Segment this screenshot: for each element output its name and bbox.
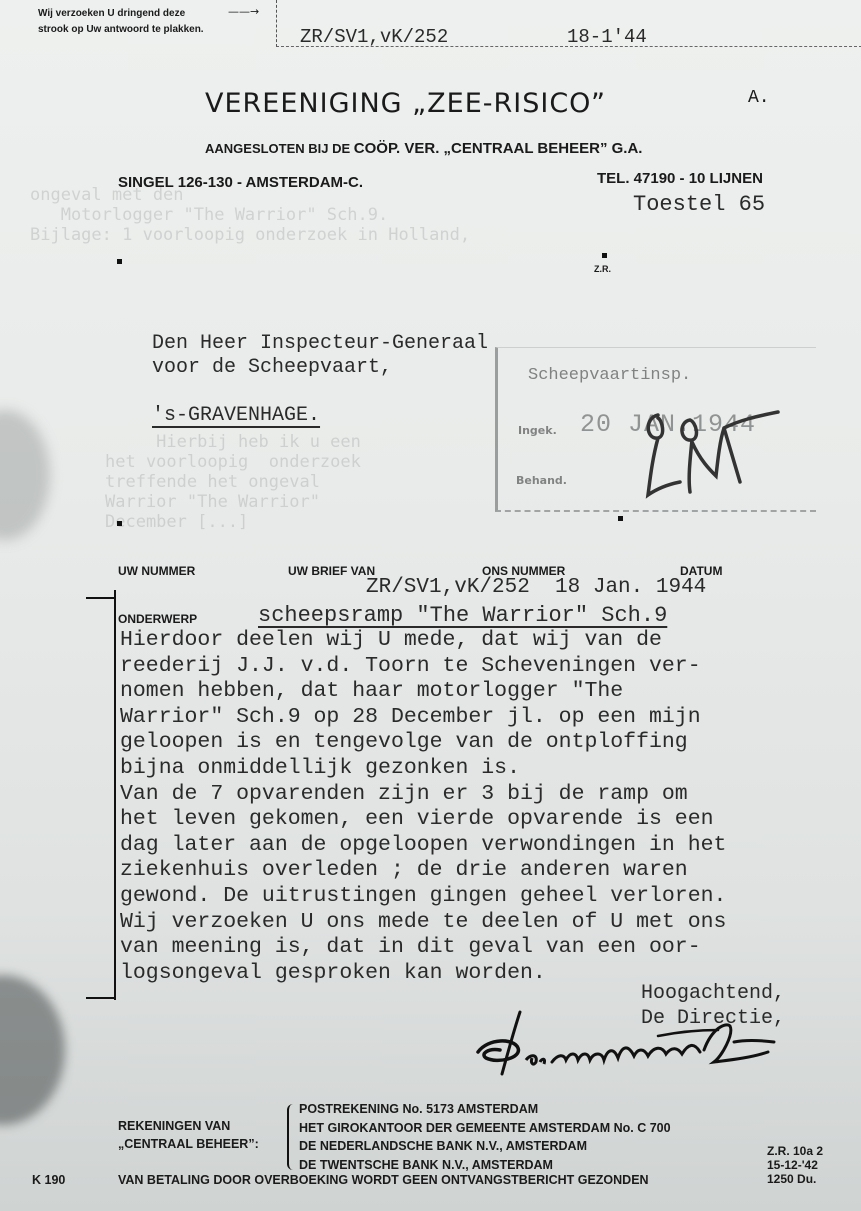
subject: scheepsramp "The Warrior" Sch.9 [258,603,667,628]
stamp-office: Scheepvaartinsp. [528,366,691,385]
fold-tick [86,597,114,599]
paper-stain [0,975,65,1125]
account-item: HET GIROKANTOOR DER GEMEENTE AMSTERDAM N… [299,1119,671,1138]
stamp-label: Ingek. [518,424,557,437]
recipient-line: voor de Scheepvaart, [152,356,392,379]
affiliation-org: COÖP. VER. „CENTRAAL BEHEER” G.A. [354,140,643,157]
salutation: Hoogachtend, [641,982,785,1005]
payment-note: VAN BETALING DOOR OVERBOEKING WORDT GEEN… [118,1173,649,1187]
ons-nummer: ZR/SV1,vK/252 [366,576,530,599]
body-line: gewond. De uitrustingen gingen geheel ve… [120,884,726,910]
stamp-label: Behand. [516,474,567,487]
body-line: Wij verzoeken U ons mede te deelen of U … [120,910,726,936]
bleed-through-text: ongeval met den Motorlogger "The Warrior… [30,185,470,245]
strip-date: 18-1'44 [567,26,647,48]
telephone-extension: Toestel 65 [633,192,765,217]
recipient-city: 's-GRAVENHAGE. [152,404,320,427]
body-line: Van de 7 opvarenden zijn er 3 bij de ram… [120,782,726,808]
print-codes: Z.R. 10a 2 15-12-'42 1250 Du. [767,1144,823,1186]
fold-mark [602,253,607,258]
body-line: nomen hebben, dat haar motorlogger "The [120,679,726,705]
strip-instruction: Wij verzoeken U dringend deze strook op … [38,6,204,38]
accounts-list: POSTREKENING No. 5173 AMSTERDAM HET GIRO… [299,1100,671,1174]
strip-instruction-line: Wij verzoeken U dringend deze [38,6,204,22]
strip-reference: ZR/SV1,vK/252 [300,26,448,48]
label-uw-brief-van: UW BRIEF VAN [288,564,375,578]
fold-mark [117,521,122,526]
body-line: reederij J.J. v.d. Toorn te Scheveningen… [120,654,726,680]
affiliation: AANGESLOTEN BIJ DE COÖP. VER. „CENTRAAL … [205,140,642,157]
body-line: het leven gekomen, een vierde opvarende … [120,807,726,833]
reference-values: ZR/SV1,vK/252 18 Jan. 1944 [366,576,706,599]
fold-mark [117,259,122,264]
fold-mark [618,516,623,521]
organization-address: SINGEL 126-130 - AMSTERDAM-C. [118,174,363,191]
body-line: geloopen is en tengevolge van de ontplof… [120,730,726,756]
print-code: 15-12-'42 [767,1158,823,1172]
account-item: DE TWENTSCHE BANK N.V., AMSTERDAM [299,1156,671,1175]
accounts-label-line: REKENINGEN VAN [118,1117,259,1135]
label-onderwerp: ONDERWERP [118,612,197,626]
arrow-right-icon: ——→ [228,5,259,18]
signature-icon [468,1008,788,1080]
print-code: Z.R. 10a 2 [767,1144,823,1158]
affiliation-prefix: AANGESLOTEN BIJ DE [205,141,354,156]
body-line: dag later aan de opgeloopen verwondingen… [120,833,726,859]
form-code: K 190 [32,1173,65,1187]
body-line: Warrior" Sch.9 op 28 December jl. op een… [120,705,726,731]
letter-page: ongeval met den Motorlogger "The Warrior… [0,0,861,1211]
paper-stain [0,410,50,540]
body-line: ziekenhuis overleden ; de drie anderen w… [120,858,726,884]
handwritten-initials-icon [640,410,790,505]
account-item: DE NEDERLANDSCHE BANK N.V., AMSTERDAM [299,1137,671,1156]
datum: 18 Jan. 1944 [555,576,706,599]
brace [287,1104,295,1170]
zr-mark: Z.R. [594,264,611,274]
margin-rule [114,590,116,1000]
organization-title: VEREENIGING „ZEE-RISICO” [205,88,606,119]
letter-mark: A. [748,88,770,108]
strip-instruction-line: strook op Uw antwoord te plakken. [38,22,204,38]
body-line: Hierdoor deelen wij U mede, dat wij van … [120,628,726,654]
body-line: logsongeval gesproken kan worden. [120,961,726,987]
body-line: van meening is, dat in dit geval van een… [120,935,726,961]
label-uw-nummer: UW NUMMER [118,564,195,578]
account-item: POSTREKENING No. 5173 AMSTERDAM [299,1100,671,1119]
body-line: bijna onmiddellijk gezonken is. [120,756,726,782]
accounts-label: REKENINGEN VAN „CENTRAAL BEHEER”: [118,1117,259,1153]
organization-telephone: TEL. 47190 - 10 LIJNEN [597,170,763,187]
accounts-label-line: „CENTRAAL BEHEER”: [118,1135,259,1153]
recipient-line: Den Heer Inspecteur-Generaal [152,332,488,355]
print-code: 1250 Du. [767,1172,823,1186]
letter-body: Hierdoor deelen wij U mede, dat wij van … [120,628,726,986]
bleed-through-text: Hierbij heb ik u een het voorloopig onde… [105,432,371,532]
fold-tick [86,997,114,999]
